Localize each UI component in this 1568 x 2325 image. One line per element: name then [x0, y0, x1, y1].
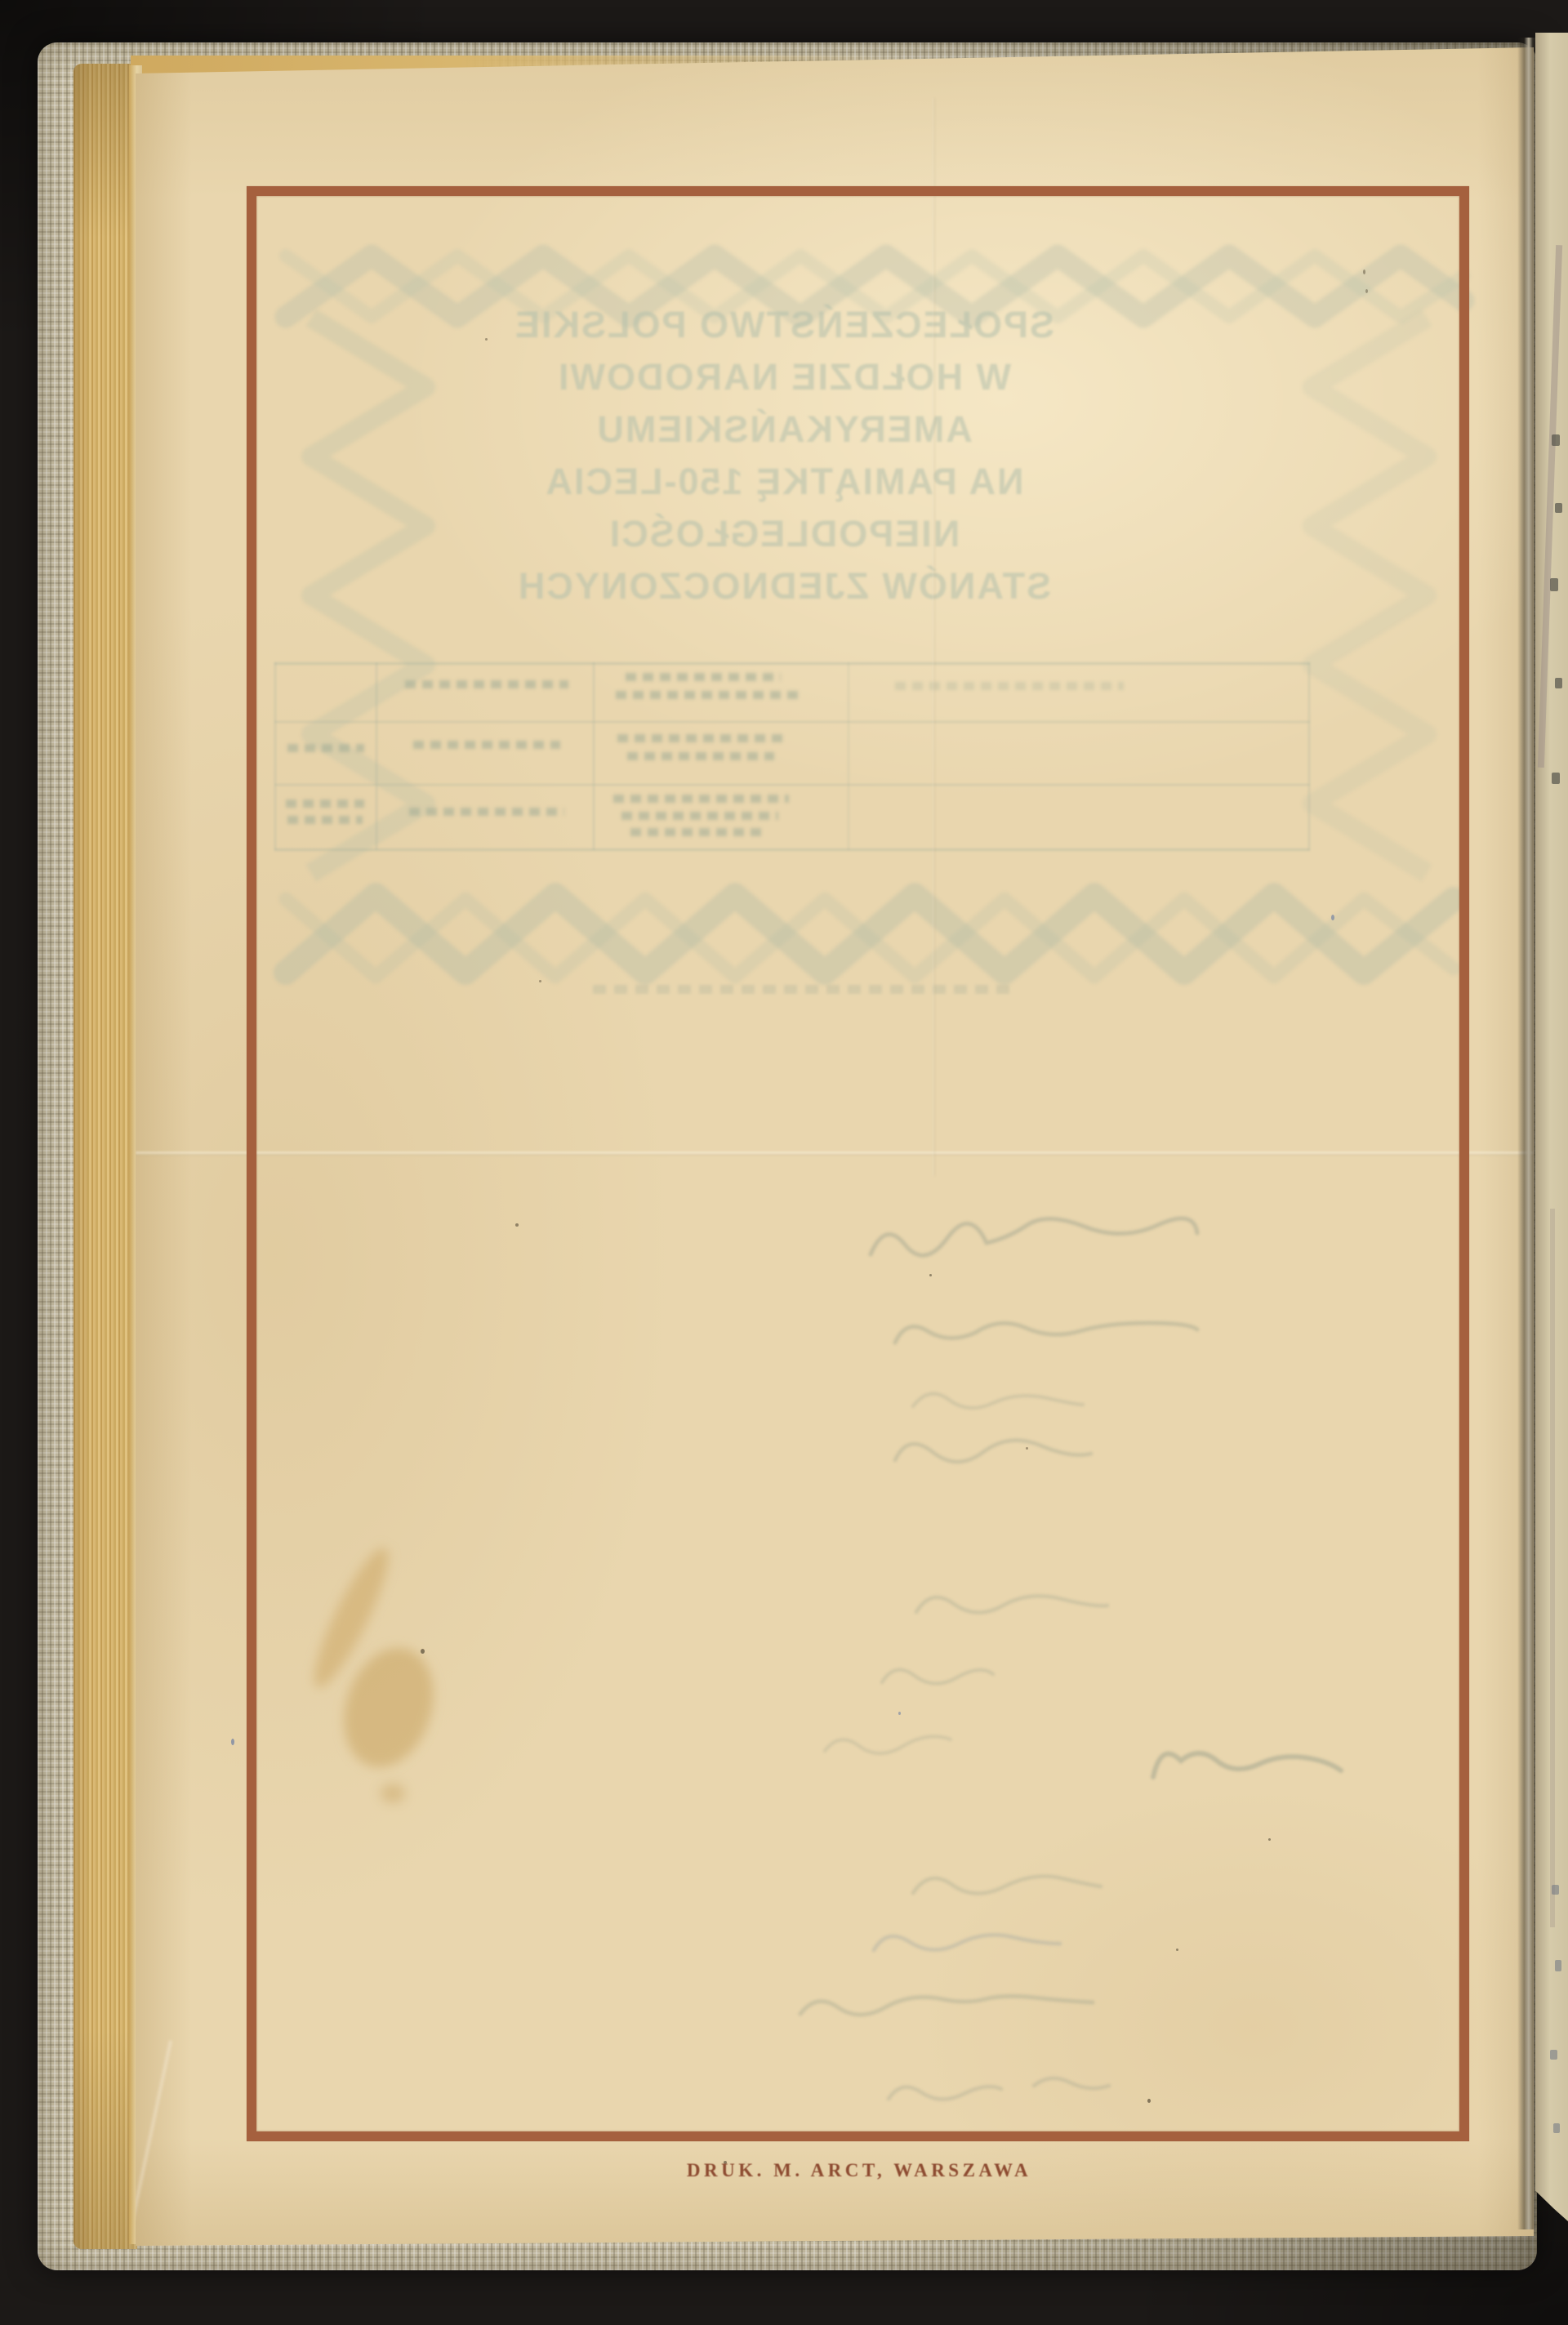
- facing-page-sliver: [1535, 33, 1568, 2221]
- facing-page-ink-fragment: [1552, 1885, 1559, 1895]
- printer-imprint: DRUK. M. ARCT, WARSZAWA: [136, 2160, 1534, 2181]
- facing-page-ink-fragment: [1555, 1960, 1561, 1971]
- facing-page-print-fragment: [1552, 434, 1560, 446]
- facing-page-border-fragment: [1550, 1209, 1555, 1927]
- facing-page-print-fragment: [1555, 503, 1562, 513]
- page-fore-edges: [73, 64, 137, 2249]
- blank-book-page: SPOŁECZEŃSTWO POLSKIE W HOŁDZIE NARODOWI…: [136, 46, 1534, 2247]
- facing-page-print-fragment: [1555, 678, 1562, 688]
- ink-speck: [231, 1739, 234, 1745]
- facing-page-ink-fragment: [1553, 2123, 1560, 2133]
- facing-page-print-fragment: [1550, 578, 1558, 591]
- gutter-shadow: [1517, 38, 1537, 2229]
- printer-imprint-text: DRUK. M. ARCT, WARSZAWA: [687, 2160, 1031, 2181]
- facing-page-ink-fragment: [1550, 2050, 1557, 2060]
- facing-page-print-fragment: [1552, 773, 1560, 784]
- red-border-frame: [247, 186, 1469, 2141]
